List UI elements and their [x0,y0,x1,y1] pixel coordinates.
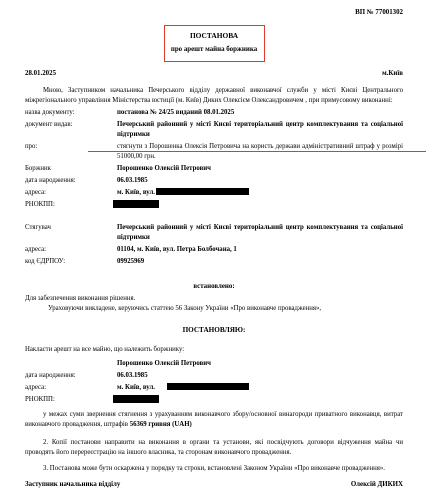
field-value: 01104, м. Київ, вул. Петра Болбочана, 1 [117,245,403,255]
field-row-debtor: Боржник Порошенко Олексій Петрович [25,164,403,174]
redaction-bar [113,395,159,403]
field-label: про: [25,142,117,162]
field-row-edrpou: код ЄДРПОУ: 09925969 [25,257,403,267]
intro-paragraph: Мною, Заступником начальника Печерського… [25,86,403,106]
field-value: постанова № 24/25 виданий 08.01.2025 [117,108,403,118]
field-label: адреса: [25,383,117,393]
limit-amount: 56369 гривня (UAH) [130,421,192,428]
limit-text: у межах суми звернення стягнення з ураху… [25,411,403,428]
field-label: дата народження: [25,371,117,381]
signature-name: Олексій ДИКИХ [351,481,403,488]
field-value: Печерський районний у місті Києві терито… [117,120,403,140]
established-heading: встановлено: [25,283,403,290]
field-value: Печерський районний у місті Києві терито… [117,223,403,243]
limit-paragraph: у межах суми звернення стягнення з ураху… [25,410,403,430]
field-label: РНОКПП: [25,395,117,406]
signature-position: Заступник начальника відділу [25,481,120,488]
field-value: 06.03.1985 [117,371,403,381]
field-row-rnokpp: РНОКПП: [25,200,403,211]
field-row-document-issuer: документ видав: Печерський районний у мі… [25,120,403,140]
address-prefix: м. Київ, вул. [117,189,155,196]
field-value [117,395,403,406]
field-value: стягнути з Порошенка Олексія Петровича н… [117,142,403,162]
field-row-address-2: адреса: м. Київ, вул. [25,383,403,393]
document-date: 28.01.2025 [25,70,56,77]
field-value: Порошенко Олексій Петрович [117,164,403,174]
field-value: м. Київ, вул. [117,188,403,198]
field-label: документ видав: [25,120,117,140]
document-title: ПОСТАНОВА [169,32,260,40]
case-number: ВП № 77001302 [25,9,403,17]
redaction-bar [156,188,249,195]
date-city-row: 28.01.2025 м.Київ [25,70,403,77]
field-label: назва документу: [25,108,117,118]
field-row-rnokpp-2: РНОКПП: [25,395,403,406]
field-value: м. Київ, вул. [117,383,403,393]
field-row-dob: дата народження: 06.03.1985 [25,176,403,186]
field-row-collector: Стягувач Печерський районний у місті Киє… [25,223,403,243]
field-row-document-name: назва документу: постанова № 24/25 видан… [25,108,403,118]
red-underline-mark [88,151,426,152]
document-city: м.Київ [382,70,403,77]
considering-paragraph: Ураховуючи викладене, керуючись статтею … [25,304,403,314]
field-value: 06.03.1985 [117,176,403,186]
redaction-bar [167,383,249,390]
title-box: ПОСТАНОВА про арешт майна боржника [164,25,265,62]
resolve-heading: ПОСТАНОВЛЯЮ: [25,326,403,334]
field-value [117,200,403,211]
field-label: адреса: [25,188,117,198]
document-subtitle: про арешт майна боржника [169,46,260,54]
redaction-bar [113,200,159,208]
securing-paragraph: Для забезпечення виконання рішення. [25,294,403,304]
field-row-about: про: стягнути з Порошенка Олексія Петров… [25,142,403,162]
seize-paragraph: Накласти арешт на все майно, що належить… [25,345,403,355]
document-page: ВП № 77001302 ПОСТАНОВА про арешт майна … [0,0,428,499]
paragraph-2: 2. Копії постанови направити на виконанн… [25,438,403,458]
field-label: адреса: [25,245,117,255]
field-row-address: адреса: м. Київ, вул. [25,188,403,198]
debtor-name-line: Порошенко Олексій Петрович [117,359,403,369]
address-prefix: м. Київ, вул. [117,384,155,391]
field-label: дата народження: [25,176,117,186]
field-label: Стягувач [25,223,117,243]
field-row-dob-2: дата народження: 06.03.1985 [25,371,403,381]
paragraph-3: 3. Постанова може бути оскаржена у поряд… [25,464,403,474]
field-value: 09925969 [117,257,403,267]
field-label: РНОКПП: [25,200,117,211]
field-label: код ЄДРПОУ: [25,257,117,267]
field-row-collector-address: адреса: 01104, м. Київ, вул. Петра Болбо… [25,245,403,255]
field-label: Боржник [25,164,117,174]
signature-row: Заступник начальника відділу Олексій ДИК… [25,481,403,488]
